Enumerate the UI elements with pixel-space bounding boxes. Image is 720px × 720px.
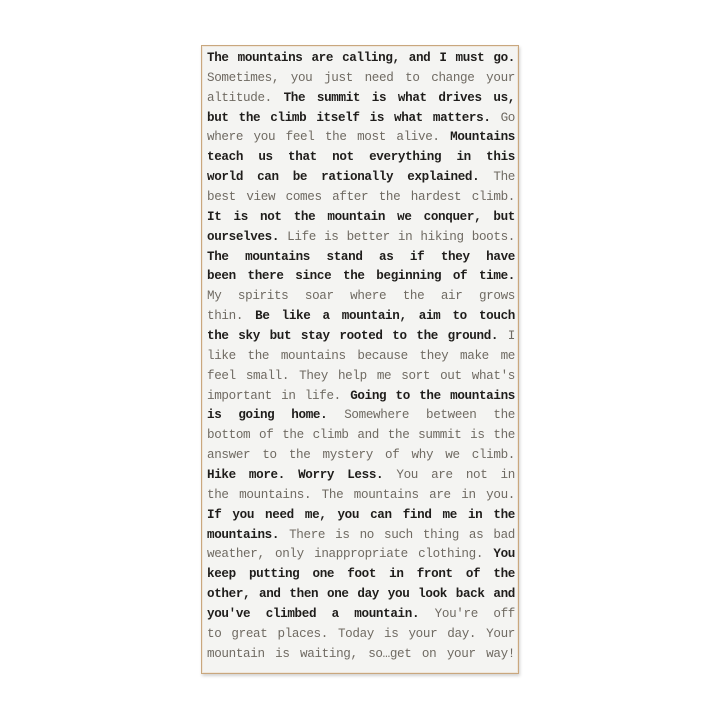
text-line: The mountains stand as if they have — [207, 248, 515, 268]
quote-text-light: best view comes after the hardest climb. — [207, 190, 515, 204]
quote-text-bold: Going to the mountains — [341, 389, 515, 403]
text-line: If you need me, you can find me in the — [207, 506, 515, 526]
text-line: important in life. Going to the mountain… — [207, 387, 515, 407]
quote-text-bold: the sky but stay rooted to the ground. — [207, 329, 498, 343]
quote-text-light: where you feel the most alive. — [207, 130, 440, 144]
quote-text-bold: If you need me, you can find me in the — [207, 508, 515, 522]
quote-text-bold: ourselves. — [207, 230, 279, 244]
quote-text-bold: world can be rationally explained. — [207, 170, 479, 184]
quote-text-light: thin. — [207, 309, 243, 323]
text-line: best view comes after the hardest climb. — [207, 188, 515, 208]
text-line: you've climbed a mountain. You're off — [207, 605, 515, 625]
quote-text-light: altitude. — [207, 91, 272, 105]
text-line: to great places. Today is your day. Your — [207, 625, 515, 645]
quote-text-light: bottom of the climb and the summit is th… — [207, 428, 515, 442]
product-photo: The mountains are calling, and I must go… — [0, 0, 720, 720]
text-line: is going home. Somewhere between the — [207, 406, 515, 426]
quote-text-bold: is going home. — [207, 408, 327, 422]
text-line: My spirits soar where the air grows — [207, 287, 515, 307]
quote-text-bold: Mountains — [440, 130, 515, 144]
text-line: but the climb itself is what matters. Go — [207, 109, 515, 129]
text-line: ourselves. Life is better in hiking boot… — [207, 228, 515, 248]
quote-text-bold: keep putting one foot in front of the — [207, 567, 515, 581]
quote-text-light: the mountains. The mountains are in you. — [207, 488, 515, 502]
quote-text-bold: mountains. — [207, 528, 279, 542]
quote-text-light: Sometimes, you just need to change your — [207, 71, 515, 85]
text-line: mountains. There is no such thing as bad — [207, 526, 515, 546]
text-line: keep putting one foot in front of the — [207, 565, 515, 585]
quote-text-bold: You — [483, 547, 515, 561]
text-line: answer to the mystery of why we climb. — [207, 446, 515, 466]
quote-text-bold: It is not the mountain we conquer, but — [207, 210, 515, 224]
quote-text-light: Go — [491, 111, 515, 125]
quote-text-bold: teach us that not everything in this — [207, 150, 515, 164]
quote-text-light: weather, only inappropriate clothing. — [207, 547, 483, 561]
text-line: the sky but stay rooted to the ground. I — [207, 327, 515, 347]
quote-text-bold: The summit is what drives us, — [272, 91, 515, 105]
quote-text-bold: been there since the beginning of time. — [207, 269, 515, 283]
quote-text-light: You're off — [419, 607, 515, 621]
text-line: other, and then one day you look back an… — [207, 585, 515, 605]
quote-text-light: feel small. They help me sort out what's — [207, 369, 515, 383]
text-line: the mountains. The mountains are in you. — [207, 486, 515, 506]
text-line: world can be rationally explained. The — [207, 168, 515, 188]
quote-text-light: Life is better in hiking boots. — [279, 230, 515, 244]
text-line: altitude. The summit is what drives us, — [207, 89, 515, 109]
quote-text-light: You are not in — [383, 468, 515, 482]
text-line: where you feel the most alive. Mountains — [207, 128, 515, 148]
text-line: teach us that not everything in this — [207, 148, 515, 168]
quote-text-bold: Hike more. Worry Less. — [207, 468, 383, 482]
quote-text-bold: The mountains are calling, and I must go… — [207, 51, 515, 65]
text-line: bottom of the climb and the summit is th… — [207, 426, 515, 446]
text-line: been there since the beginning of time. — [207, 267, 515, 287]
quote-text-light: The — [479, 170, 515, 184]
quote-text-bold: Be like a mountain, aim to touch — [243, 309, 515, 323]
text-line: weather, only inappropriate clothing. Yo… — [207, 545, 515, 565]
quote-text-bold: other, and then one day you look back an… — [207, 587, 515, 601]
quote-text-light: My spirits soar where the air grows — [207, 289, 515, 303]
quote-text-light: to great places. Today is your day. Your — [207, 627, 515, 641]
quote-text-bold: but the climb itself is what matters. — [207, 111, 491, 125]
text-line: mountain is waiting, so…get on your way! — [207, 645, 515, 665]
text-line: It is not the mountain we conquer, but — [207, 208, 515, 228]
quote-text-bold: The mountains stand as if they have — [207, 250, 515, 264]
quote-sign-board: The mountains are calling, and I must go… — [201, 45, 519, 674]
quote-text-light: mountain is waiting, so…get on your way! — [207, 647, 515, 661]
text-line: like the mountains because they make me — [207, 347, 515, 367]
quote-text-light: important in life. — [207, 389, 341, 403]
quote-text-block: The mountains are calling, and I must go… — [207, 49, 515, 665]
text-line: thin. Be like a mountain, aim to touch — [207, 307, 515, 327]
quote-text-light: answer to the mystery of why we climb. — [207, 448, 515, 462]
quote-text-light: like the mountains because they make me — [207, 349, 515, 363]
text-line: The mountains are calling, and I must go… — [207, 49, 515, 69]
text-line: Hike more. Worry Less. You are not in — [207, 466, 515, 486]
quote-text-light: I — [498, 329, 515, 343]
quote-text-light: There is no such thing as bad — [279, 528, 515, 542]
quote-text-bold: you've climbed a mountain. — [207, 607, 419, 621]
text-line: feel small. They help me sort out what's — [207, 367, 515, 387]
text-line: Sometimes, you just need to change your — [207, 69, 515, 89]
quote-text-light: Somewhere between the — [327, 408, 515, 422]
